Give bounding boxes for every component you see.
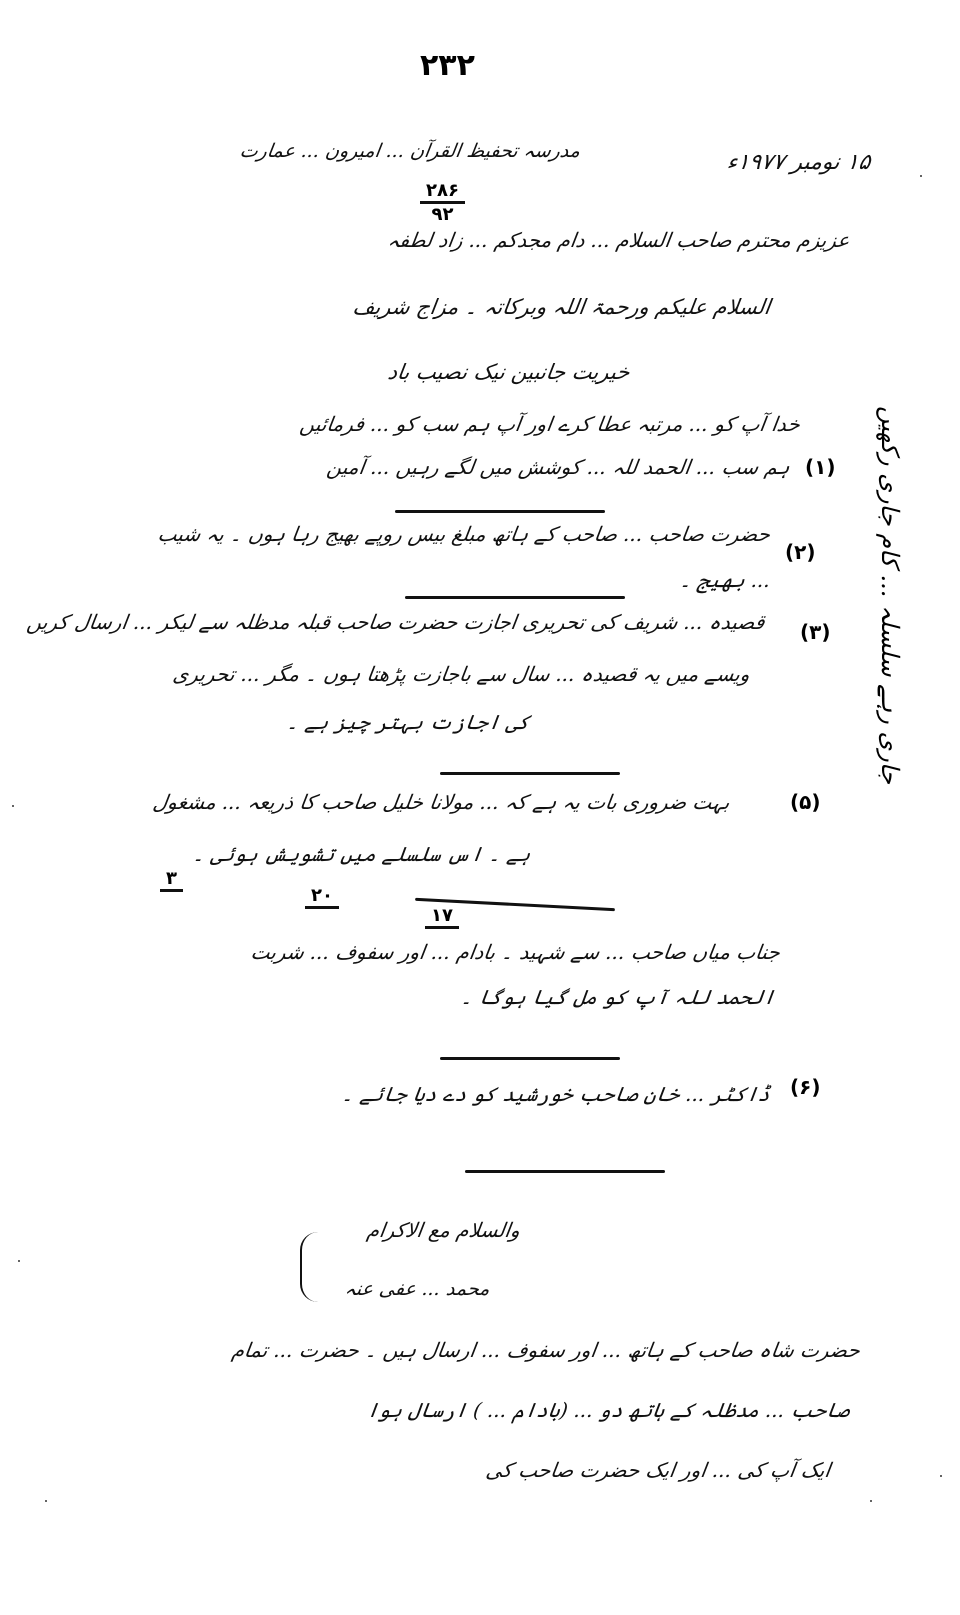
- item-number: (۱): [805, 455, 836, 479]
- scan-speck: [12, 805, 14, 807]
- margin-note: جاری رہے سلسلہ ... کام جاری رکھیں: [860, 415, 920, 775]
- quantity-numerator: ۱۷: [425, 905, 459, 929]
- greeting-line-2: خیریت جانبین نیک نصیب باد: [387, 360, 632, 384]
- quantity-numerator: ۲۰: [305, 885, 339, 909]
- scan-speck: [45, 1500, 47, 1502]
- postscript-line: ایک آپ کی ... اور ایک حضرت صاحب کی: [484, 1458, 832, 1482]
- scan-speck: [940, 1475, 942, 1477]
- item-line: حضرت صاحب ... صاحب کے ہاتھ مبلغ بیس روپے…: [156, 522, 772, 546]
- item-line: بہت ضروری بات یہ ہے کہ ... مولانا خلیل ص…: [152, 790, 732, 814]
- postscript-line: حضرت شاہ صاحب کے ہاتھ ... اور سفوف ... ا…: [230, 1338, 861, 1362]
- divider-rule: [440, 772, 620, 775]
- letter-date: ۱۵ نومبر ۱۹۷۷ء: [725, 150, 872, 175]
- document-page: ۲۳۲ ۱۵ نومبر ۱۹۷۷ء مدرسہ تحفیظ القرآن ..…: [0, 0, 960, 1615]
- item-number: (۶): [790, 1075, 821, 1099]
- scan-speck: [870, 1500, 872, 1502]
- reference-fraction: ۲۸۶ ۹۲: [420, 180, 465, 225]
- quantity-fraction: ۲۰: [305, 885, 339, 909]
- signature-bracket: [300, 1232, 318, 1302]
- margin-note-text: جاری رہے سلسلہ ... کام جاری رکھیں: [876, 406, 904, 784]
- page-number: ۲۳۲: [420, 48, 475, 83]
- item-line: ... بھیج ۔: [678, 568, 772, 592]
- divider-rule: [440, 1057, 620, 1060]
- quantity-fraction: ۳: [160, 868, 183, 892]
- scan-speck: [18, 1260, 20, 1262]
- item-line: جناب میاں صاحب ... سے شہید ۔ بادام ... ا…: [249, 940, 781, 964]
- reference-numerator: ۲۸۶: [420, 180, 465, 204]
- reference-denominator: ۹۲: [420, 204, 465, 225]
- divider-rule: [465, 1170, 665, 1173]
- divider-rule: [395, 510, 605, 513]
- item-line: الحمد للہ آپ کو مل گیا ہوگا ۔: [459, 985, 776, 1009]
- salutation-line: عزیزم محترم صاحب السلام ... دام مجدکم ..…: [387, 228, 852, 252]
- item-line: قصیدہ ... شریف کی تحریری اجازت حضرت صاحب…: [26, 610, 767, 634]
- scan-speck: [920, 175, 922, 177]
- item-line: ڈاکٹر ... خان صاحب خورشید کو دے دیا جائے…: [340, 1082, 771, 1106]
- divider-rule: [405, 596, 625, 599]
- postscript-line: صاحب ... مدظلہ کے ہاتھ دو ... (بادام ...…: [366, 1398, 852, 1422]
- item-line: ہم سب ... الحمد للہ ... کوشش میں لگے رہی…: [326, 455, 792, 479]
- quantity-numerator: ۳: [160, 868, 183, 892]
- signature: محمد ... عفی عنہ: [344, 1278, 492, 1300]
- item-number: (۵): [790, 790, 821, 814]
- item-line: ویسے میں یہ قصیدہ ... سال سے باجازت پڑھت…: [172, 662, 752, 686]
- item-number: (۲): [785, 540, 816, 564]
- greeting-line-1: السلام علیکم ورحمۃ اللہ وبرکاتہ ۔ مزاج ش…: [351, 295, 772, 319]
- letterhead: مدرسہ تحفیظ القرآن ... امیرون ... عمارت: [238, 140, 581, 162]
- item-line: ہے ۔ اس سلسلے میں تشویش ہوئی ۔: [191, 842, 532, 866]
- item-line: کی اجازت بہتر چیز ہے ۔: [286, 710, 532, 734]
- intro-line: خدا آپ کو ... مرتبہ عطا کرے اور آپ ہم سب…: [298, 412, 801, 436]
- closing: والسلام مع الاکرام: [365, 1218, 521, 1242]
- item-number: (۳): [800, 620, 831, 644]
- quantity-fraction: ۱۷: [425, 905, 459, 929]
